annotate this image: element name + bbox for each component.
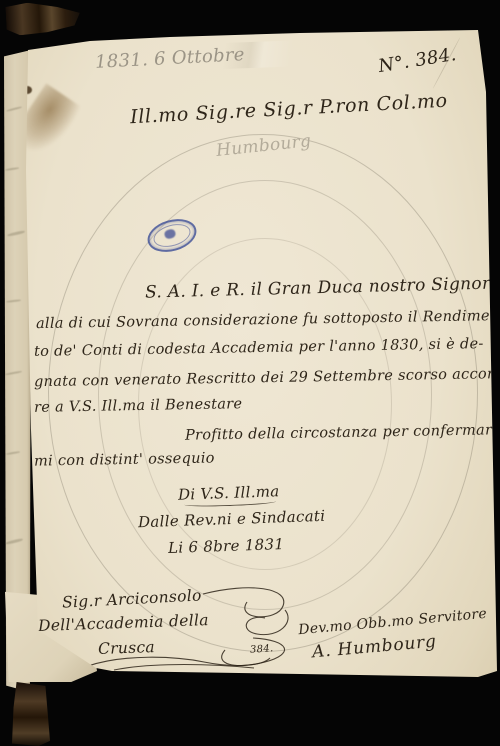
page-number-annotation: 384. bbox=[250, 643, 274, 656]
scanned-manuscript-photo: 1831. 6 Ottobre N°. 384. Ill.mo Sig.re S… bbox=[0, 0, 500, 746]
body-line: mi con distint' ossequio bbox=[34, 450, 215, 469]
document-number: N°. 384. bbox=[377, 44, 458, 77]
binding-remnant-bottom bbox=[12, 682, 50, 746]
salutation-line: Ill.mo Sig.re Sig.r P.ron Col.mo bbox=[130, 90, 449, 129]
flourish-underline bbox=[84, 652, 274, 674]
manuscript-page: 1831. 6 Ottobre N°. 384. Ill.mo Sig.re S… bbox=[0, 0, 500, 746]
binding-remnant-top bbox=[5, 0, 81, 36]
